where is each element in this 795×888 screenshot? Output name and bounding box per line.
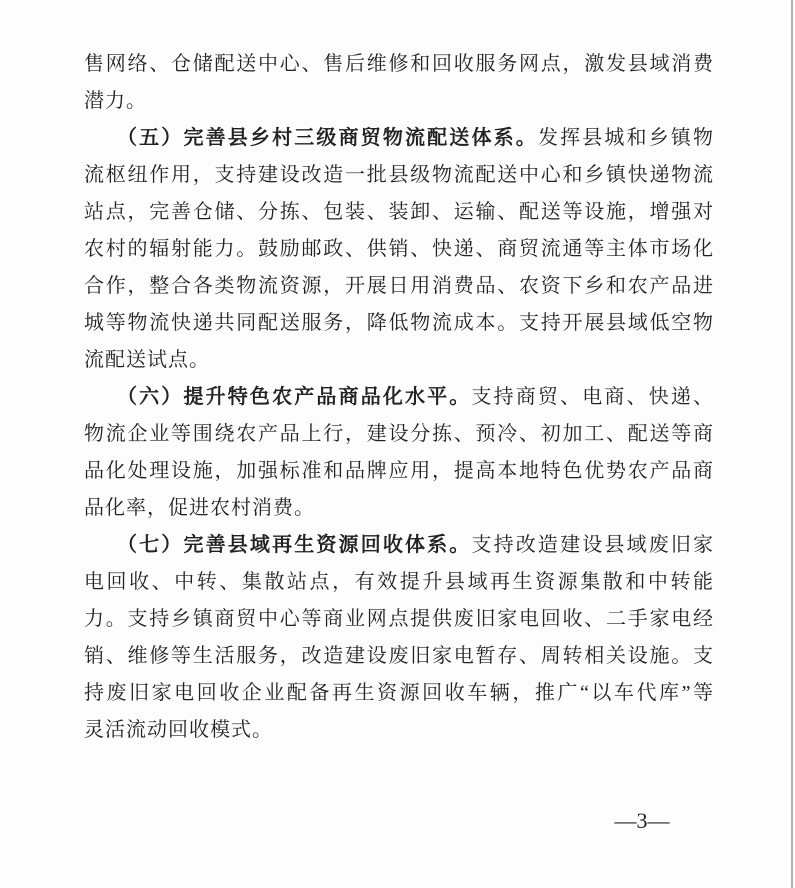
paragraph-body-text: 品化率，促进农村消费。 [84, 497, 315, 519]
paragraph-body-text: 流枢纽作用，支持建设改造一批县级物流配送中心和乡镇快递物流 [84, 164, 714, 186]
paragraph-body-text: 品化处理设施，加强标准和品牌应用，提高本地特色优势农产品商 [84, 460, 714, 482]
paragraph-body-text: 城等物流快递共同配送服务，降低物流成本。支持开展县域低空物 [84, 312, 714, 334]
paragraph-body-text: 持废旧家电回收企业配备再生资源回收车辆，推广“以车代库”等 [84, 682, 714, 704]
document-line: 电回收、中转、集散站点，有效提升县域再生资源集散和中转能 [84, 564, 714, 601]
document-line: 力。支持乡镇商贸中心等商业网点提供废旧家电回收、二手家电经 [84, 601, 714, 638]
page-number: —3— [604, 806, 680, 836]
document-line: （七）完善县域再生资源回收体系。支持改造建设县域废旧家 [84, 527, 714, 564]
paragraph-body-text: 售网络、仓储配送中心、售后维修和回收服务网点，激发县域消费 [84, 53, 714, 75]
document-line: （六）提升特色农产品商品化水平。支持商贸、电商、快递、 [84, 379, 714, 416]
paragraph-body-text: 支持商贸、电商、快递、 [471, 386, 714, 408]
document-line: 合作，整合各类物流资源，开展日用消费品、农资下乡和农产品进 [84, 268, 714, 305]
paragraph-body-text: 合作，整合各类物流资源，开展日用消费品、农资下乡和农产品进 [84, 275, 714, 297]
document-line: 流配送试点。 [84, 342, 714, 379]
paragraph-body-text: 潜力。 [84, 90, 147, 112]
paragraph-body-text: 农村的辐射能力。鼓励邮政、供销、快递、商贸流通等主体市场化 [84, 238, 714, 260]
paragraph-body-text: 销、维修等生活服务，改造建设废旧家电暂存、周转相关设施。支 [84, 645, 714, 667]
document-line: 销、维修等生活服务，改造建设废旧家电暂存、周转相关设施。支 [84, 638, 714, 675]
paragraph-body-text: 力。支持乡镇商贸中心等商业网点提供废旧家电回收、二手家电经 [84, 608, 714, 630]
paragraph-body-text: 灵活流动回收模式。 [84, 719, 273, 741]
paragraph-body-text: 物流企业等围绕农产品上行，建设分拣、预冷、初加工、配送等商 [84, 423, 714, 445]
document-line: 流枢纽作用，支持建设改造一批县级物流配送中心和乡镇快递物流 [84, 157, 714, 194]
document-line: 售网络、仓储配送中心、售后维修和回收服务网点，激发县域消费 [84, 46, 714, 83]
document-lines: 售网络、仓储配送中心、售后维修和回收服务网点，激发县域消费潜力。（五）完善县乡村… [84, 46, 714, 749]
paragraph-body-text: 站点，完善仓储、分拣、包装、装卸、运输、配送等设施，增强对 [84, 201, 714, 223]
paragraph-heading-text: （五）完善县乡村三级商贸物流配送体系。 [117, 127, 538, 149]
paragraph-body-text: 流配送试点。 [84, 349, 210, 371]
paragraph-heading-text: （七）完善县域再生资源回收体系。 [117, 534, 471, 556]
document-line: 物流企业等围绕农产品上行，建设分拣、预冷、初加工、配送等商 [84, 416, 714, 453]
document-line: 灵活流动回收模式。 [84, 712, 714, 749]
paragraph-body-text: 电回收、中转、集散站点，有效提升县域再生资源集散和中转能 [84, 571, 714, 593]
document-line: 品化率，促进农村消费。 [84, 490, 714, 527]
document-line: 持废旧家电回收企业配备再生资源回收车辆，推广“以车代库”等 [84, 675, 714, 712]
document-line: 站点，完善仓储、分拣、包装、装卸、运输、配送等设施，增强对 [84, 194, 714, 231]
paragraph-body-text: 支持改造建设县域废旧家 [471, 534, 714, 556]
document-line: 城等物流快递共同配送服务，降低物流成本。支持开展县域低空物 [84, 305, 714, 342]
document-line: 潜力。 [84, 83, 714, 120]
paragraph-heading-text: （六）提升特色农产品商品化水平。 [117, 386, 471, 408]
document-line: 农村的辐射能力。鼓励邮政、供销、快递、商贸流通等主体市场化 [84, 231, 714, 268]
scan-edge-line [791, 0, 793, 888]
document-line: （五）完善县乡村三级商贸物流配送体系。发挥县城和乡镇物 [84, 120, 714, 157]
scanned-document-page: { "page": { "background": "#fdfdfd", "te… [0, 0, 795, 888]
document-line: 品化处理设施，加强标准和品牌应用，提高本地特色优势农产品商 [84, 453, 714, 490]
paragraph-body-text: 发挥县城和乡镇物 [538, 127, 714, 149]
